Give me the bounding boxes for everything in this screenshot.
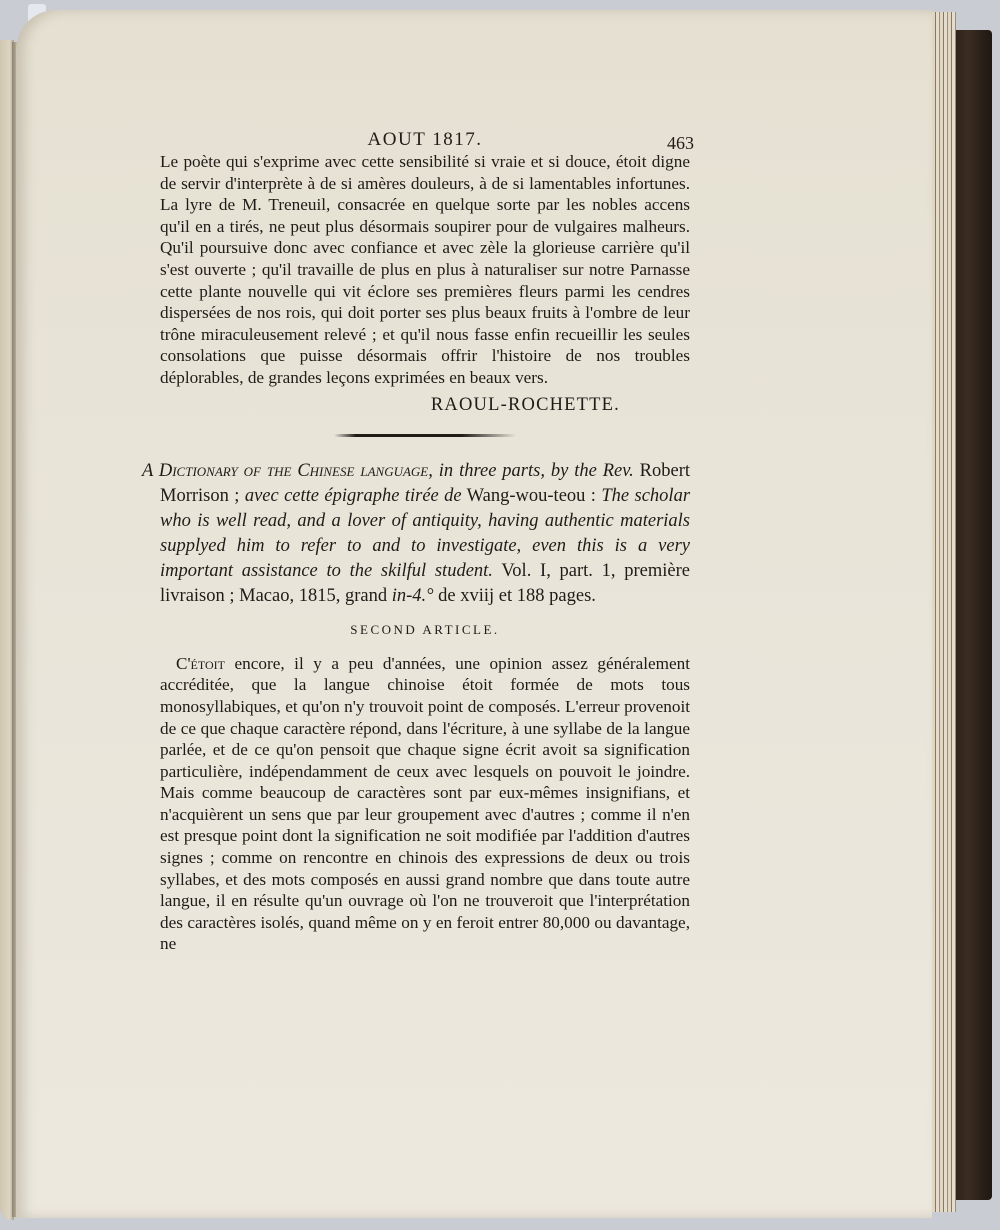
book-title: A Dictionary of the Chinese language <box>142 461 428 481</box>
bibliographic-entry: A Dictionary of the Chinese language, in… <box>142 459 690 609</box>
publication-pages: de xviij et 188 pages. <box>434 586 596 606</box>
epigraph-source: Wang-wou-teou : <box>462 486 602 506</box>
running-head: AOUT 1817. 463 <box>160 125 690 151</box>
page-edges <box>928 12 956 1212</box>
section-divider <box>334 434 516 437</box>
epigraph-intro: avec cette épigraphe tirée de <box>245 486 462 506</box>
book-cover-spine <box>952 30 992 1200</box>
running-title: AOUT 1817. <box>160 129 690 151</box>
article-paragraph: C'étoit encore, il y a peu d'années, une… <box>160 653 690 955</box>
book-format: in-4.° <box>392 586 434 606</box>
review-closing-paragraph: Le poète qui s'exprime avec cette sensib… <box>160 151 690 389</box>
article-text: encore, il y a peu d'années, une opinion… <box>160 654 690 954</box>
book-title-continued: , in three parts, by the Rev. <box>428 461 633 481</box>
author-signature: RAOUL-ROCHETTE. <box>160 395 690 417</box>
opening-word: C'étoit <box>176 654 225 673</box>
section-title: SECOND ARTICLE. <box>160 619 690 641</box>
page-text: AOUT 1817. 463 Le poète qui s'exprime av… <box>160 125 690 955</box>
page-number: 463 <box>667 133 694 155</box>
